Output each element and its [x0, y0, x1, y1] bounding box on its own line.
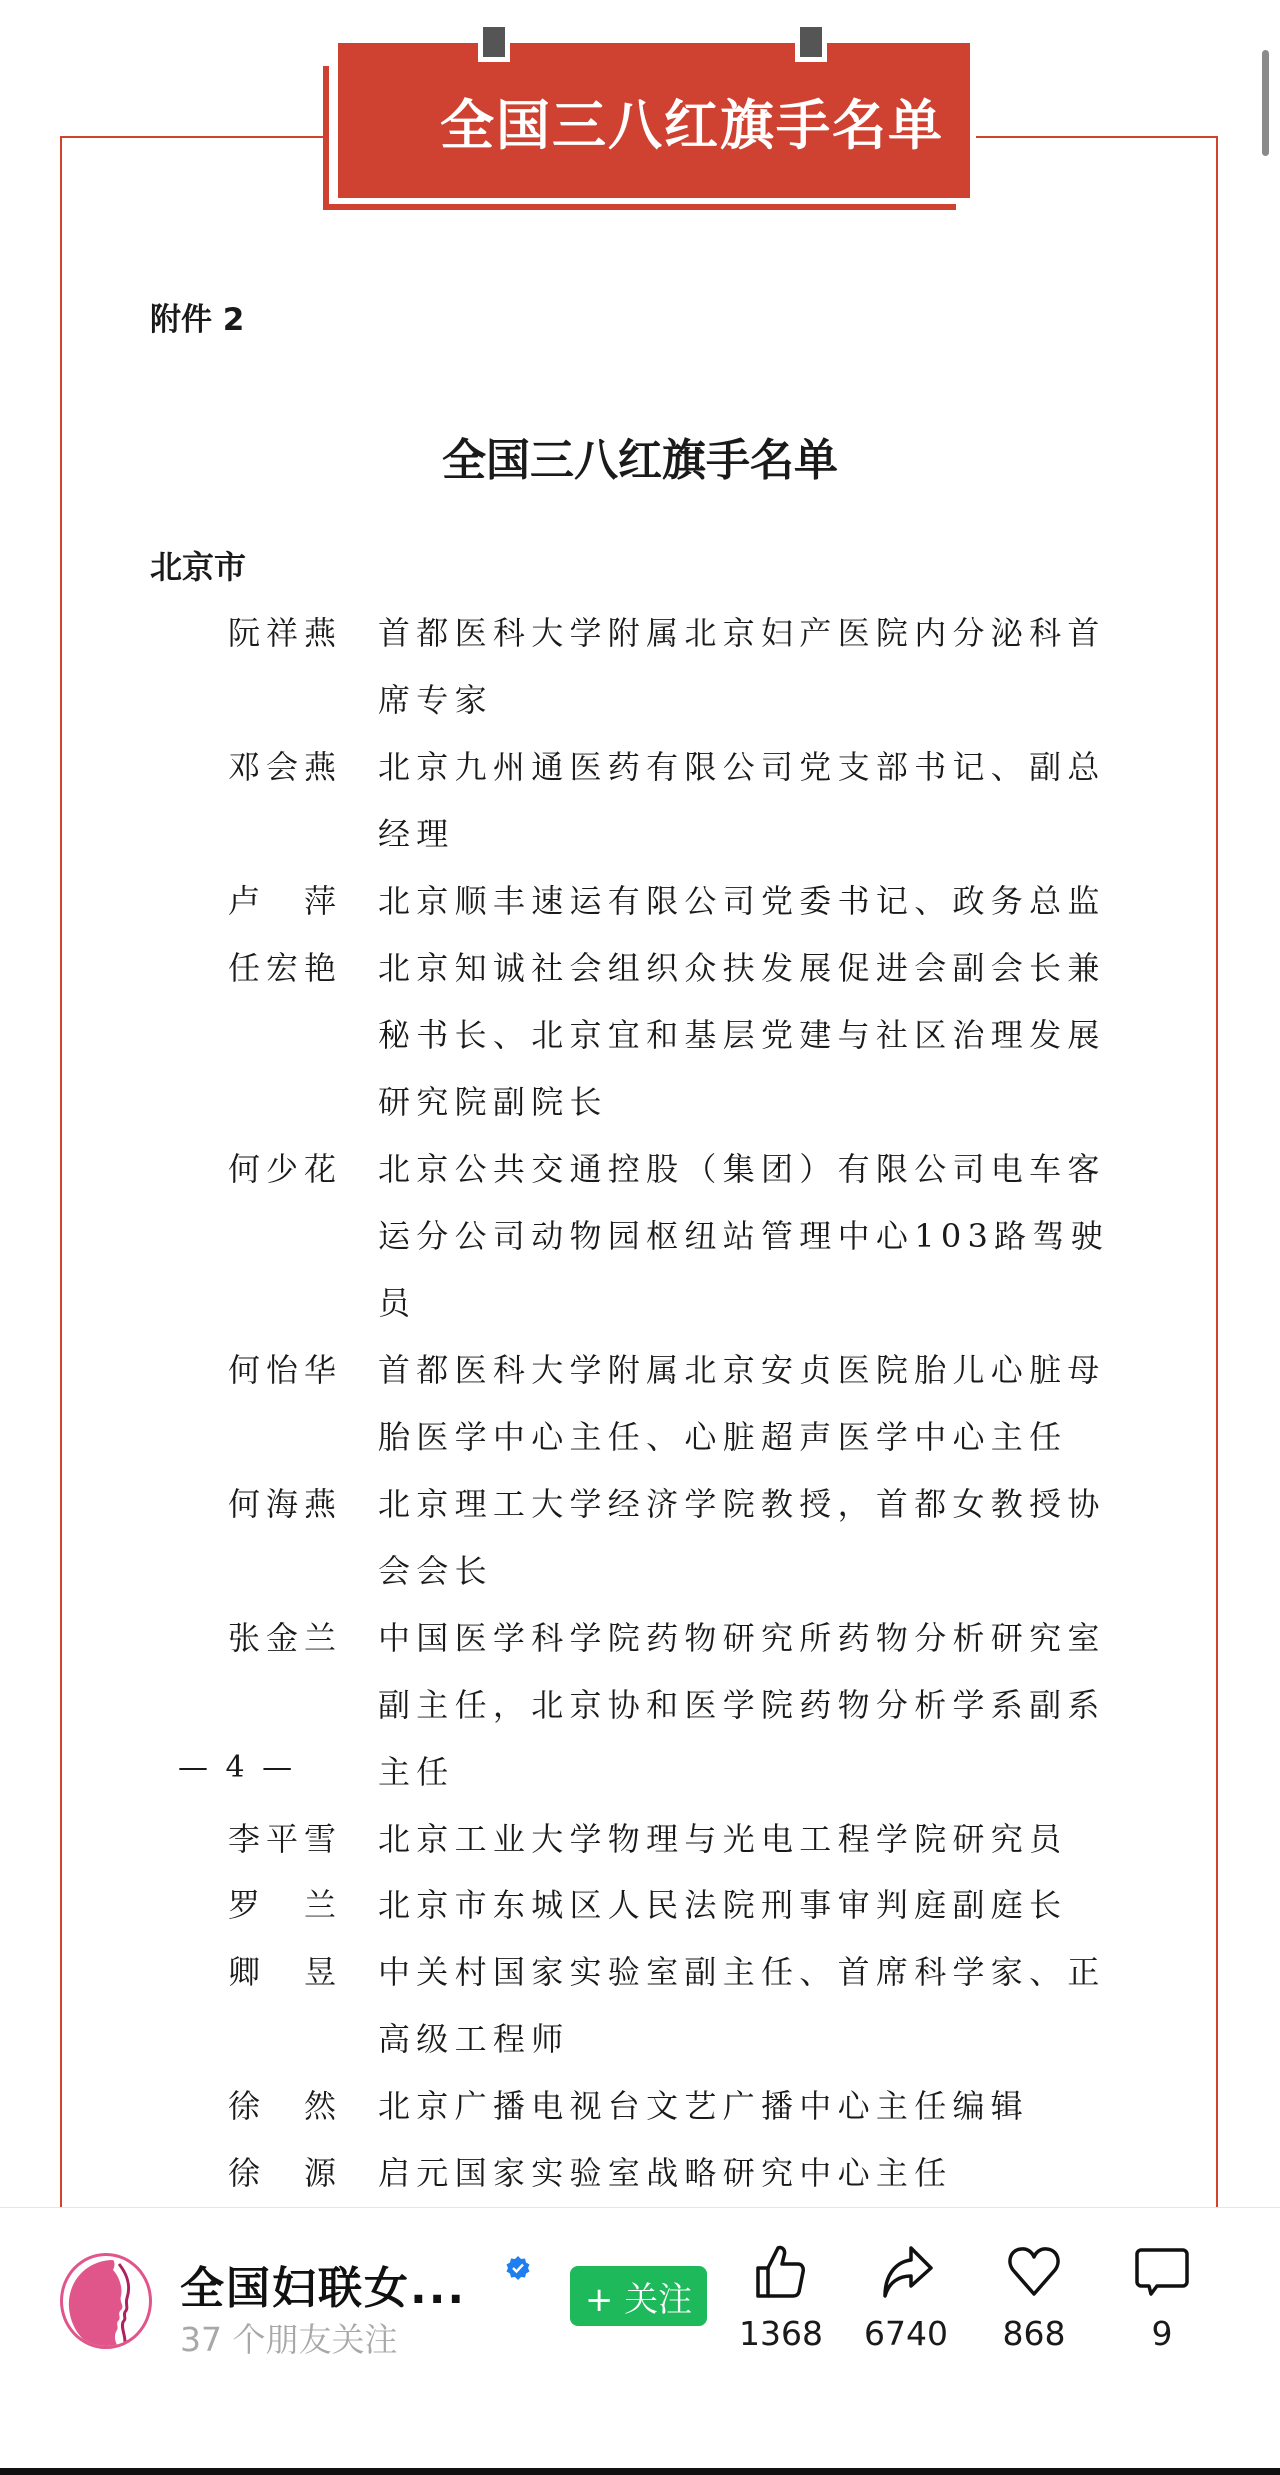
comment-icon	[1133, 2242, 1191, 2300]
account-avatar[interactable]	[60, 2253, 152, 2349]
like-button[interactable]: 1368	[731, 2242, 831, 2353]
honoree-description: 启元国家实验室战略研究中心主任	[378, 2140, 1128, 2207]
honoree-name: 阮祥燕	[228, 600, 378, 734]
honoree-name: 卢 萍	[228, 868, 378, 935]
woman-profile-icon	[63, 2256, 152, 2349]
thumbs-up-icon	[752, 2242, 810, 2300]
honoree-description: 北京理工大学经济学院教授，首都女教授协会会长	[378, 1471, 1128, 1605]
comment-button[interactable]: 9	[1112, 2242, 1212, 2353]
honoree-description: 北京顺丰速运有限公司党委书记、政务总监	[378, 868, 1128, 935]
share-icon	[877, 2242, 935, 2300]
honoree-description: 北京公共交通控股（集团）有限公司电车客运分公司动物园枢纽站管理中心103路驾驶员	[378, 1136, 1128, 1337]
province-heading: 北京市	[150, 542, 246, 588]
honoree-name: 何少花	[228, 1136, 378, 1337]
honoree-description: 北京广播电视台文艺广播中心主任编辑	[378, 2073, 1128, 2140]
banner-clip-left	[478, 27, 510, 62]
honoree-name: 任宏艳	[228, 935, 378, 1136]
page-number: — 4 —	[178, 1750, 296, 1785]
honoree-entry: 何海燕 北京理工大学经济学院教授，首都女教授协会会长	[228, 1471, 1128, 1605]
attachment-label: 附件 2	[150, 294, 244, 339]
honoree-description: 北京工业大学物理与光电工程学院研究员	[378, 1806, 1128, 1873]
honoree-entry: 徐 然 北京广播电视台文艺广播中心主任编辑	[228, 2073, 1128, 2140]
honoree-list-page1: 阮祥燕 首都医科大学附属北京妇产医院内分泌科首席专家 邓会燕 北京九州通医药有限…	[228, 600, 1128, 1873]
honoree-description: 首都医科大学附属北京安贞医院胎儿心脏母胎医学中心主任、心脏超声医学中心主任	[378, 1337, 1128, 1471]
honoree-list-page2: 罗 兰 北京市东城区人民法院刑事审判庭副庭长 卿 昱 中关村国家实验室副主任、首…	[228, 1872, 1128, 2207]
banner-title: 全国三八红旗手名单	[338, 43, 970, 198]
favorite-button[interactable]: 868	[984, 2242, 1084, 2353]
honoree-entry: 任宏艳 北京知诚社会组织众扶发展促进会副会长兼秘书长、北京宜和基层党建与社区治理…	[228, 935, 1128, 1136]
honoree-name: 徐 然	[228, 2073, 378, 2140]
honoree-name: 卿 昱	[228, 1939, 378, 2073]
honoree-entry: 何怡华 首都医科大学附属北京安贞医院胎儿心脏母胎医学中心主任、心脏超声医学中心主…	[228, 1337, 1128, 1471]
share-count: 6740	[856, 2314, 956, 2353]
account-action-bar: 全国妇联女... 37 个朋友关注 + 关注 1368 6740 868 9	[0, 2207, 1280, 2475]
follow-button[interactable]: + 关注	[570, 2266, 707, 2326]
honoree-name: 李平雪	[228, 1806, 378, 1873]
honoree-description: 北京知诚社会组织众扶发展促进会副会长兼秘书长、北京宜和基层党建与社区治理发展研究…	[378, 935, 1128, 1136]
verified-badge-icon	[505, 2255, 531, 2281]
bottom-edge-bar	[0, 2468, 1280, 2475]
honoree-description: 首都医科大学附属北京妇产医院内分泌科首席专家	[378, 600, 1128, 734]
banner-clip-right	[795, 27, 827, 62]
honoree-name: 徐 源	[228, 2140, 378, 2207]
scrollbar[interactable]	[1262, 50, 1269, 156]
like-count: 1368	[731, 2314, 831, 2353]
honoree-entry: 徐 源 启元国家实验室战略研究中心主任	[228, 2140, 1128, 2207]
honoree-entry: 何少花 北京公共交通控股（集团）有限公司电车客运分公司动物园枢纽站管理中心103…	[228, 1136, 1128, 1337]
comment-count: 9	[1112, 2314, 1212, 2353]
account-name[interactable]: 全国妇联女...	[180, 2252, 466, 2316]
honoree-description: 北京市东城区人民法院刑事审判庭副庭长	[378, 1872, 1128, 1939]
honoree-entry: 邓会燕 北京九州通医药有限公司党支部书记、副总经理	[228, 734, 1128, 868]
honoree-entry: 李平雪 北京工业大学物理与光电工程学院研究员	[228, 1806, 1128, 1873]
honoree-name: 邓会燕	[228, 734, 378, 868]
friends-following-count: 37 个朋友关注	[180, 2314, 397, 2361]
share-button[interactable]: 6740	[856, 2242, 956, 2353]
honoree-description: 中国医学科学院药物研究所药物分析研究室副主任，北京协和医学院药物分析学系副系主任	[378, 1605, 1128, 1806]
honoree-entry: 阮祥燕 首都医科大学附属北京妇产医院内分泌科首席专家	[228, 600, 1128, 734]
honoree-entry: 张金兰 中国医学科学院药物研究所药物分析研究室副主任，北京协和医学院药物分析学系…	[228, 1605, 1128, 1806]
honoree-name: 罗 兰	[228, 1872, 378, 1939]
honoree-entry: 卢 萍 北京顺丰速运有限公司党委书记、政务总监	[228, 868, 1128, 935]
honoree-name: 何怡华	[228, 1337, 378, 1471]
document-title: 全国三八红旗手名单	[0, 424, 1280, 488]
honoree-entry: 罗 兰 北京市东城区人民法院刑事审判庭副庭长	[228, 1872, 1128, 1939]
honoree-description: 北京九州通医药有限公司党支部书记、副总经理	[378, 734, 1128, 868]
favorite-count: 868	[984, 2314, 1084, 2353]
honoree-description: 中关村国家实验室副主任、首席科学家、正高级工程师	[378, 1939, 1128, 2073]
heart-icon	[1005, 2242, 1063, 2300]
honoree-entry: 卿 昱 中关村国家实验室副主任、首席科学家、正高级工程师	[228, 1939, 1128, 2073]
honoree-name: 何海燕	[228, 1471, 378, 1605]
